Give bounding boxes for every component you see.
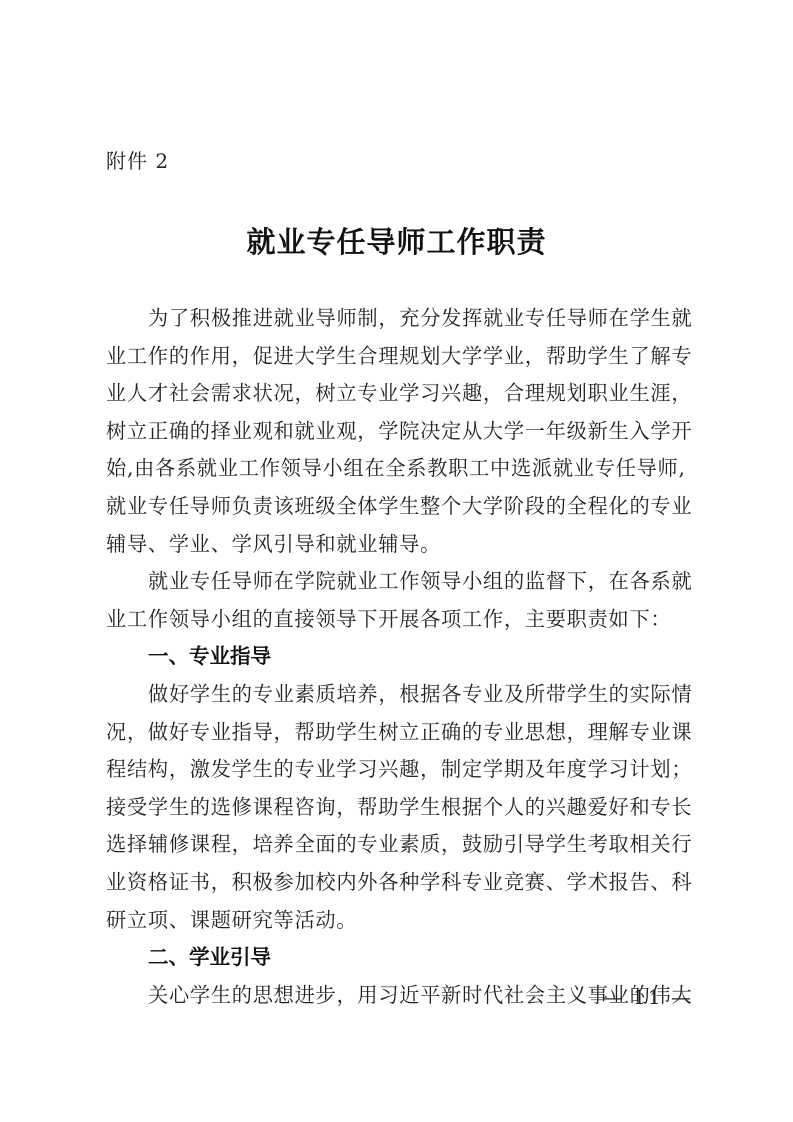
section-heading-professional-guidance: 一、专业指导 [106,638,694,676]
text-line: 研立项、课题研究等活动。 [106,902,694,940]
text-line: 业工作领导小组的直接领导下开展各项工作，主要职责如下： [106,601,694,639]
text-line: 选择辅修课程，培养全面的专业素质，鼓励引导学生考取相关行 [106,826,694,864]
paragraph-professional-guidance: 做好学生的专业素质培养，根据各专业及所带学生的实际情 况，做好专业指导，帮助学生… [106,676,694,939]
section-heading-academic-guidance: 二、学业引导 [106,939,694,977]
text-line: 况，做好专业指导，帮助学生树立正确的专业思想，理解专业课 [106,714,694,752]
text-line: 为了积极推进就业导师制，充分发挥就业专任导师在学生就 [106,300,694,338]
text-line: 接受学生的选修课程咨询，帮助学生根据个人的兴趣爱好和专长 [106,789,694,827]
document-body: 为了积极推进就业导师制，充分发挥就业专任导师在学生就 业工作的作用，促进大学生合… [106,300,694,1014]
text-line: 业工作的作用，促进大学生合理规划大学学业，帮助学生了解专 [106,338,694,376]
text-line: 就业专任导师在学院就业工作领导小组的监督下，在各系就 [106,563,694,601]
paragraph-intro: 为了积极推进就业导师制，充分发挥就业专任导师在学生就 业工作的作用，促进大学生合… [106,300,694,563]
document-page: 附件 2 就业专任导师工作职责 为了积极推进就业导师制，充分发挥就业专任导师在学… [0,0,793,1122]
paragraph-duties-intro: 就业专任导师在学院就业工作领导小组的监督下，在各系就 业工作领导小组的直接领导下… [106,563,694,638]
text-line: 程结构，激发学生的专业学习兴趣，制定学期及年度学习计划； [106,751,694,789]
text-line: 辅导、学业、学风引导和就业辅导。 [106,526,694,564]
text-line: 业资格证书，积极参加校内外各种学科专业竞赛、学术报告、科 [106,864,694,902]
text-line: 做好学生的专业素质培养，根据各专业及所带学生的实际情 [106,676,694,714]
text-line: 就业专任导师负责该班级全体学生整个大学阶段的全程化的专业 [106,488,694,526]
text-line: 业人才社会需求状况，树立专业学习兴趣，合理规划职业生涯， [106,375,694,413]
text-line: 树立正确的择业观和就业观，学院决定从大学一年级新生入学开 [106,413,694,451]
attachment-label: 附件 2 [106,148,169,174]
document-title: 就业专任导师工作职责 [0,222,793,262]
text-line: 始,由各系就业工作领导小组在全系教职工中选派就业专任导师, [106,450,694,488]
page-number: — 11 — [603,984,693,1010]
